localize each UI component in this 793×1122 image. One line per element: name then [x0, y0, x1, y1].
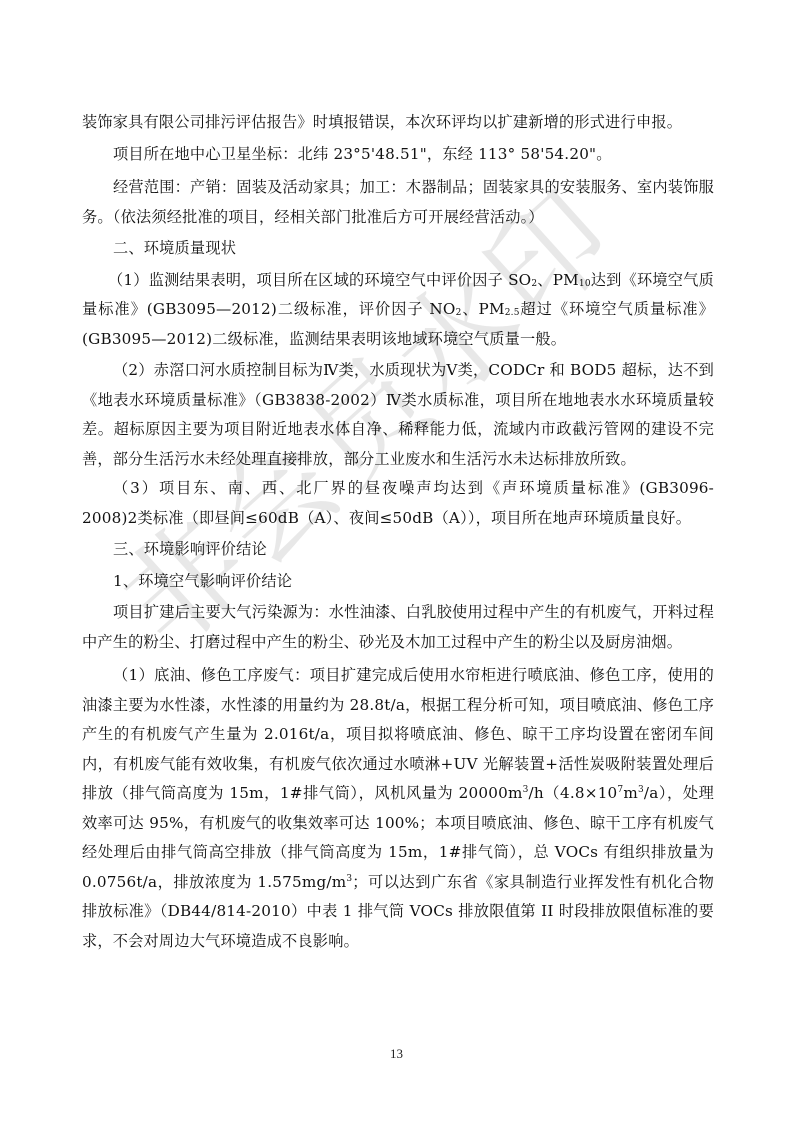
paragraph-continued: 装饰家具有限公司排污评估报告》时填报错误，本次环评均以扩建新增的形式进行申报。	[82, 108, 714, 138]
subscript: 10	[579, 279, 591, 289]
document-page: 非会员水印 装饰家具有限公司排污评估报告》时填报错误，本次环评均以扩建新增的形式…	[0, 0, 793, 1122]
section-heading-impact-conclusions: 三、环境影响评价结论	[82, 535, 714, 565]
paragraph-coordinates: 项目所在地中心卫星坐标：北纬 23°5'48.51"，东经 113° 58'54…	[82, 140, 714, 170]
text-segment: （1）底油、修色工序废气：项目扩建完成后使用水帘柜进行喷底油、修色工序，使用的油…	[82, 666, 714, 802]
paragraph-business-scope: 经营范围：产销：固装及活动家具；加工：木器制品；固装家具的安装服务、室内装饰服务…	[82, 173, 714, 232]
subscript: 2.5	[505, 308, 520, 318]
text-segment: 、PM	[537, 271, 579, 289]
paragraph-water-quality: （2）赤滘口河水质控制目标为Ⅳ类，水质现状为Ⅴ类，CODCr 和 BOD5 超标…	[82, 356, 714, 474]
text-segment: /h（4.8×10	[529, 784, 618, 802]
paragraph-air-quality: （1）监测结果表明，项目所在区域的环境空气中评价因子 SO2、PM10达到《环境…	[82, 266, 714, 355]
paragraph-noise: （3）项目东、南、西、北厂界的昼夜噪声均达到《声环境质量标准》(GB3096-2…	[82, 474, 714, 533]
page-number: 13	[0, 1046, 793, 1062]
subsection-heading-air-impact: 1、环境空气影响评价结论	[82, 567, 714, 597]
text-segment: 、PM	[462, 300, 505, 318]
text-segment: （1）监测结果表明，项目所在区域的环境空气中评价因子 SO	[108, 271, 531, 289]
paragraph-primer-coloring-exhaust: （1）底油、修色工序废气：项目扩建完成后使用水帘柜进行喷底油、修色工序，使用的油…	[82, 661, 714, 956]
section-heading-environment-status: 二、环境质量现状	[82, 234, 714, 264]
text-segment: m	[623, 784, 638, 802]
paragraph-air-pollution-sources: 项目扩建后主要大气污染源为：水性油漆、白乳胶使用过程中产生的有机废气，开料过程中…	[82, 598, 714, 657]
document-body: 装饰家具有限公司排污评估报告》时填报错误，本次环评均以扩建新增的形式进行申报。 …	[82, 108, 714, 956]
